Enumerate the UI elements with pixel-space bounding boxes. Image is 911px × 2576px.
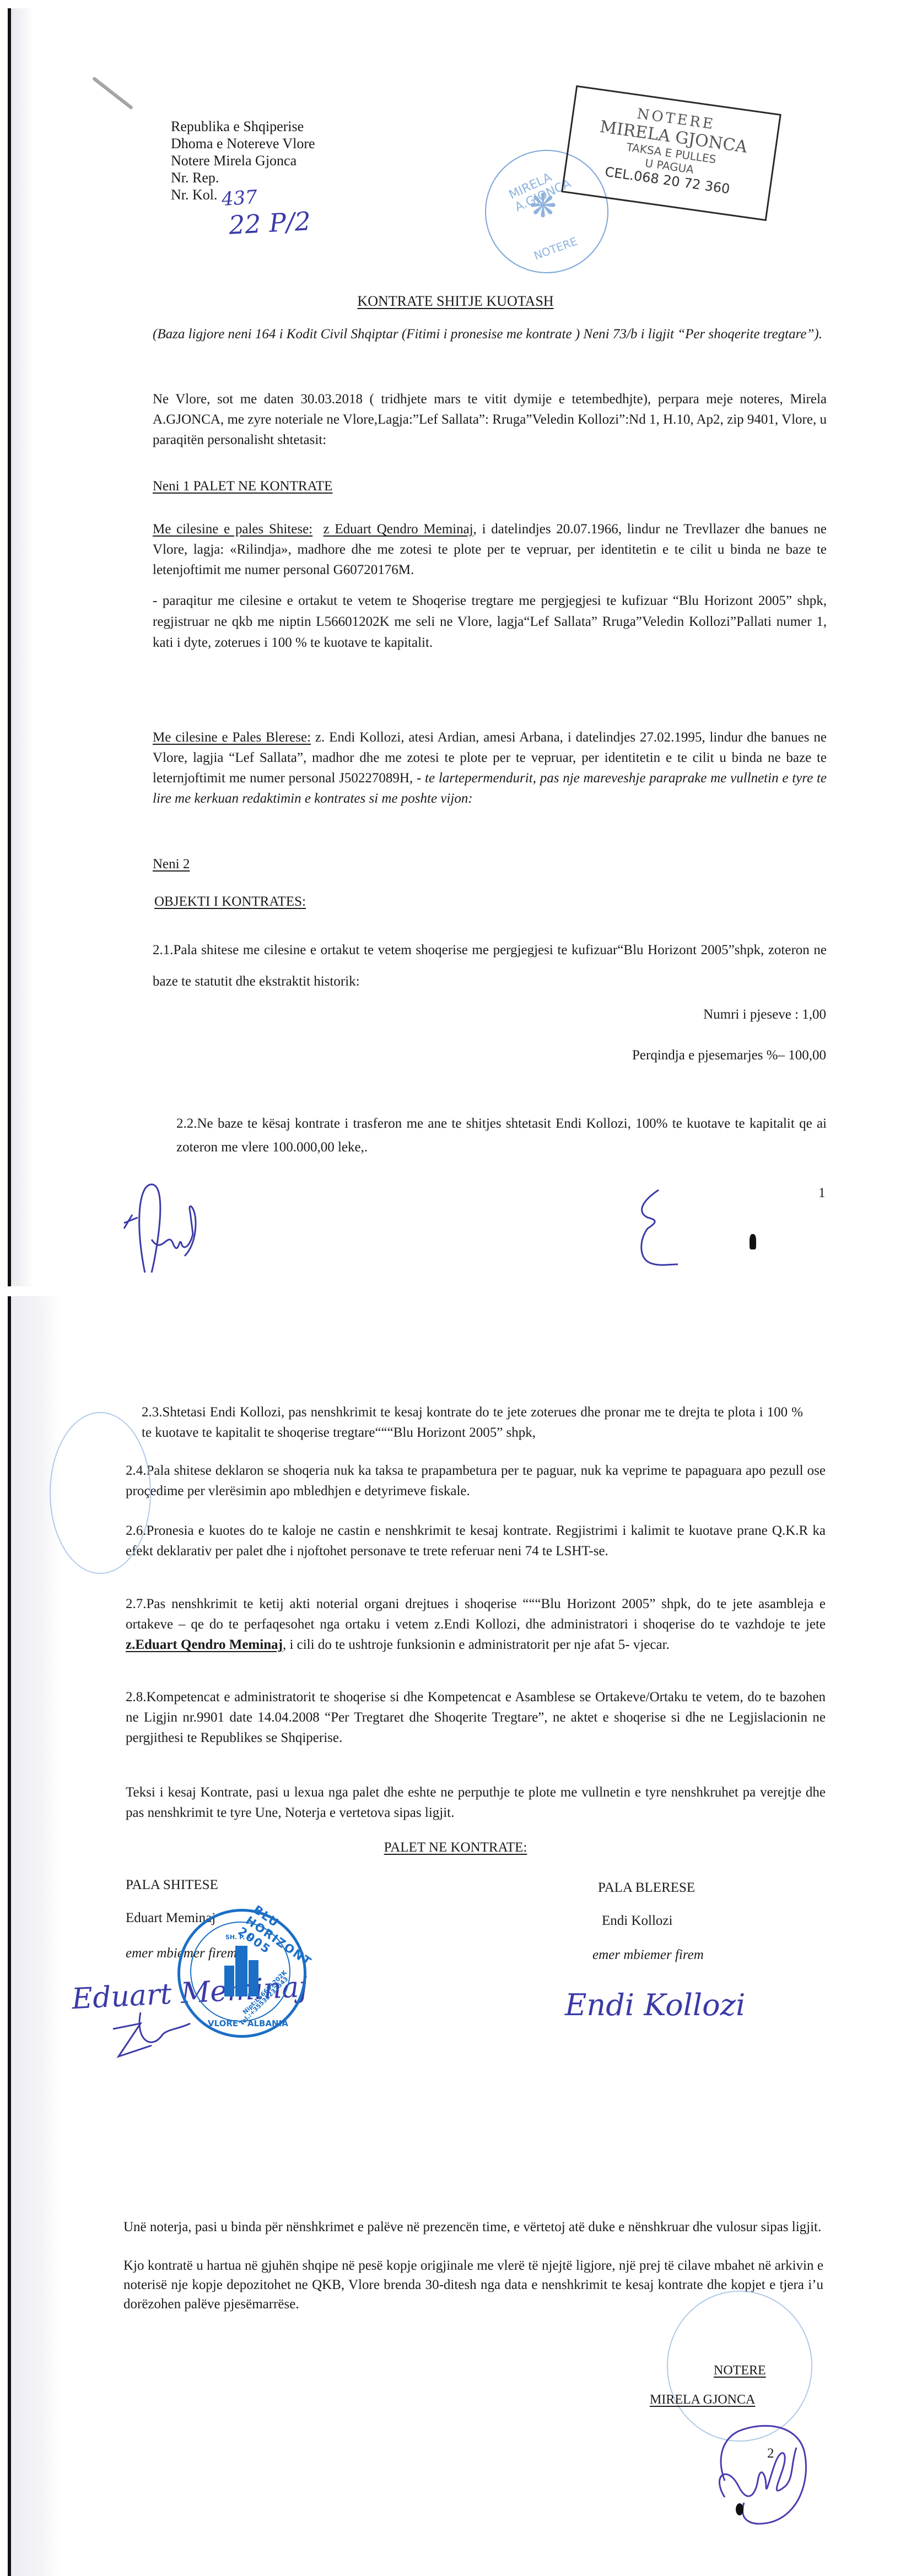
company-seal: BLU HORIZONT 2005 SH. P. K. Nipt:L566012… [177,1909,306,2038]
notary-signature [705,2415,810,2530]
clause-2-8: 2.8.Kompetencat e administratorit te sho… [126,1687,826,1748]
document-page-2: 2.3.Shtetasi Endi Kollozi, pas nenshkrim… [0,1296,911,2576]
buildings-icon [224,1944,260,1996]
company-seal-type: SH. P. K. [225,1934,254,1941]
rep-number-handwritten: 437 [221,186,258,210]
buyer-role: PALA BLERESE [598,1877,695,1898]
notary-name: MIRELA GJONCA [650,2390,755,2410]
seller-capacity-paragraph: - paraqitur me cilesine e ortakut te vet… [153,591,827,653]
buyer-paragraph: Me cilesine e Pales Blerese: z. Endi Kol… [153,727,827,809]
seller-initials-scribble [107,2007,196,2073]
clause-2-6: 2.6.Pronesia e kuotes do te kaloje ne ca… [126,1520,826,1561]
clause-2-2: 2.2.Ne baze te kësaj kontrate i trasfero… [176,1112,827,1159]
clause-2-3: 2.3.Shtetasi Endi Kollozi, pas nenshkrim… [142,1402,803,1443]
seller-label: Me cilesine e pales Shitese: [153,522,312,537]
page-number-2: 2 [767,2446,774,2461]
shares-count: Numri i pjeseve : 1,00 [703,1004,826,1025]
page-number-1: 1 [818,1186,826,1201]
double-headed-eagle-icon: ❋ [529,190,557,223]
clause-2-1: 2.1.Pala shitese me cilesine e ortakut t… [153,934,827,997]
shares-percent: Perqindja e pjesemarjes %– 100,00 [632,1045,826,1065]
object-heading: OBJEKTI I KONTRATES: [154,891,306,912]
notary-seal-bottom-text: NOTERE [532,235,579,263]
document-page-1: Republika e Shqiperise Dhoma e Notereve … [0,0,911,1289]
parties-heading: PALET NE KONTRATE: [0,1837,911,1858]
header-chamber: Dhoma e Notereve Vlore [171,135,315,152]
seller-role: PALA SHITESE [126,1875,218,1895]
document-title: KONTRATE SHITJE KUOTASH [0,293,911,310]
header-rep: Nr. Rep. [171,169,315,186]
clause-2-7: 2.7.Pas nenshkrimit te ketij akti noteri… [126,1594,826,1655]
header-notary: Notere Mirela Gjonca [171,152,315,169]
kol-number-handwritten: 22 P/2 [228,206,311,240]
seller-paragraph: Me cilesine e pales Shitese: z Eduart Qe… [153,519,827,580]
buyer-printed-name: Endi Kollozi [602,1911,672,1931]
scan-edge-shadow [11,8,33,1286]
closing-paragraph: Teksi i kesaj Kontrate, pasi u lexua nga… [126,1782,826,1823]
header-republic: Republika e Shqiperise [171,118,315,135]
article-2-heading: Neni 2 [153,854,190,874]
administrator-name: z.Eduart Qendro Meminaj [126,1637,283,1652]
intro-paragraph: Ne Vlore, sot me daten 30.03.2018 ( trid… [153,389,827,450]
staple-icon [93,77,133,109]
notary-seal-partial [50,1412,151,1574]
buyer-initials-signature [626,1184,692,1273]
company-seal-location: VLORE - ALBANIA [208,2018,288,2028]
seller-name: z Eduart Qendro Meminaj [324,522,473,537]
ink-blot [750,1234,756,1249]
legal-basis: (Baza ligjore neni 164 i Kodit Civil Shq… [153,325,822,344]
buyer-caption: emer mbiemer firem [592,1945,704,1965]
notary-title: NOTERE [714,2361,766,2381]
article-1-heading: Neni 1 PALET NE KONTRATE [153,476,332,496]
buyer-label: Me cilesine e Pales Blerese: [153,730,311,745]
notary-statement: Unë noterja, pasi u binda për nënshkrime… [123,2217,823,2237]
seller-initials-signature [113,1162,245,1273]
buyer-signature: Endi Kollozi [565,1988,745,2022]
clause-2-4: 2.4.Pala shitese deklaron se shoqeria nu… [126,1460,826,1501]
